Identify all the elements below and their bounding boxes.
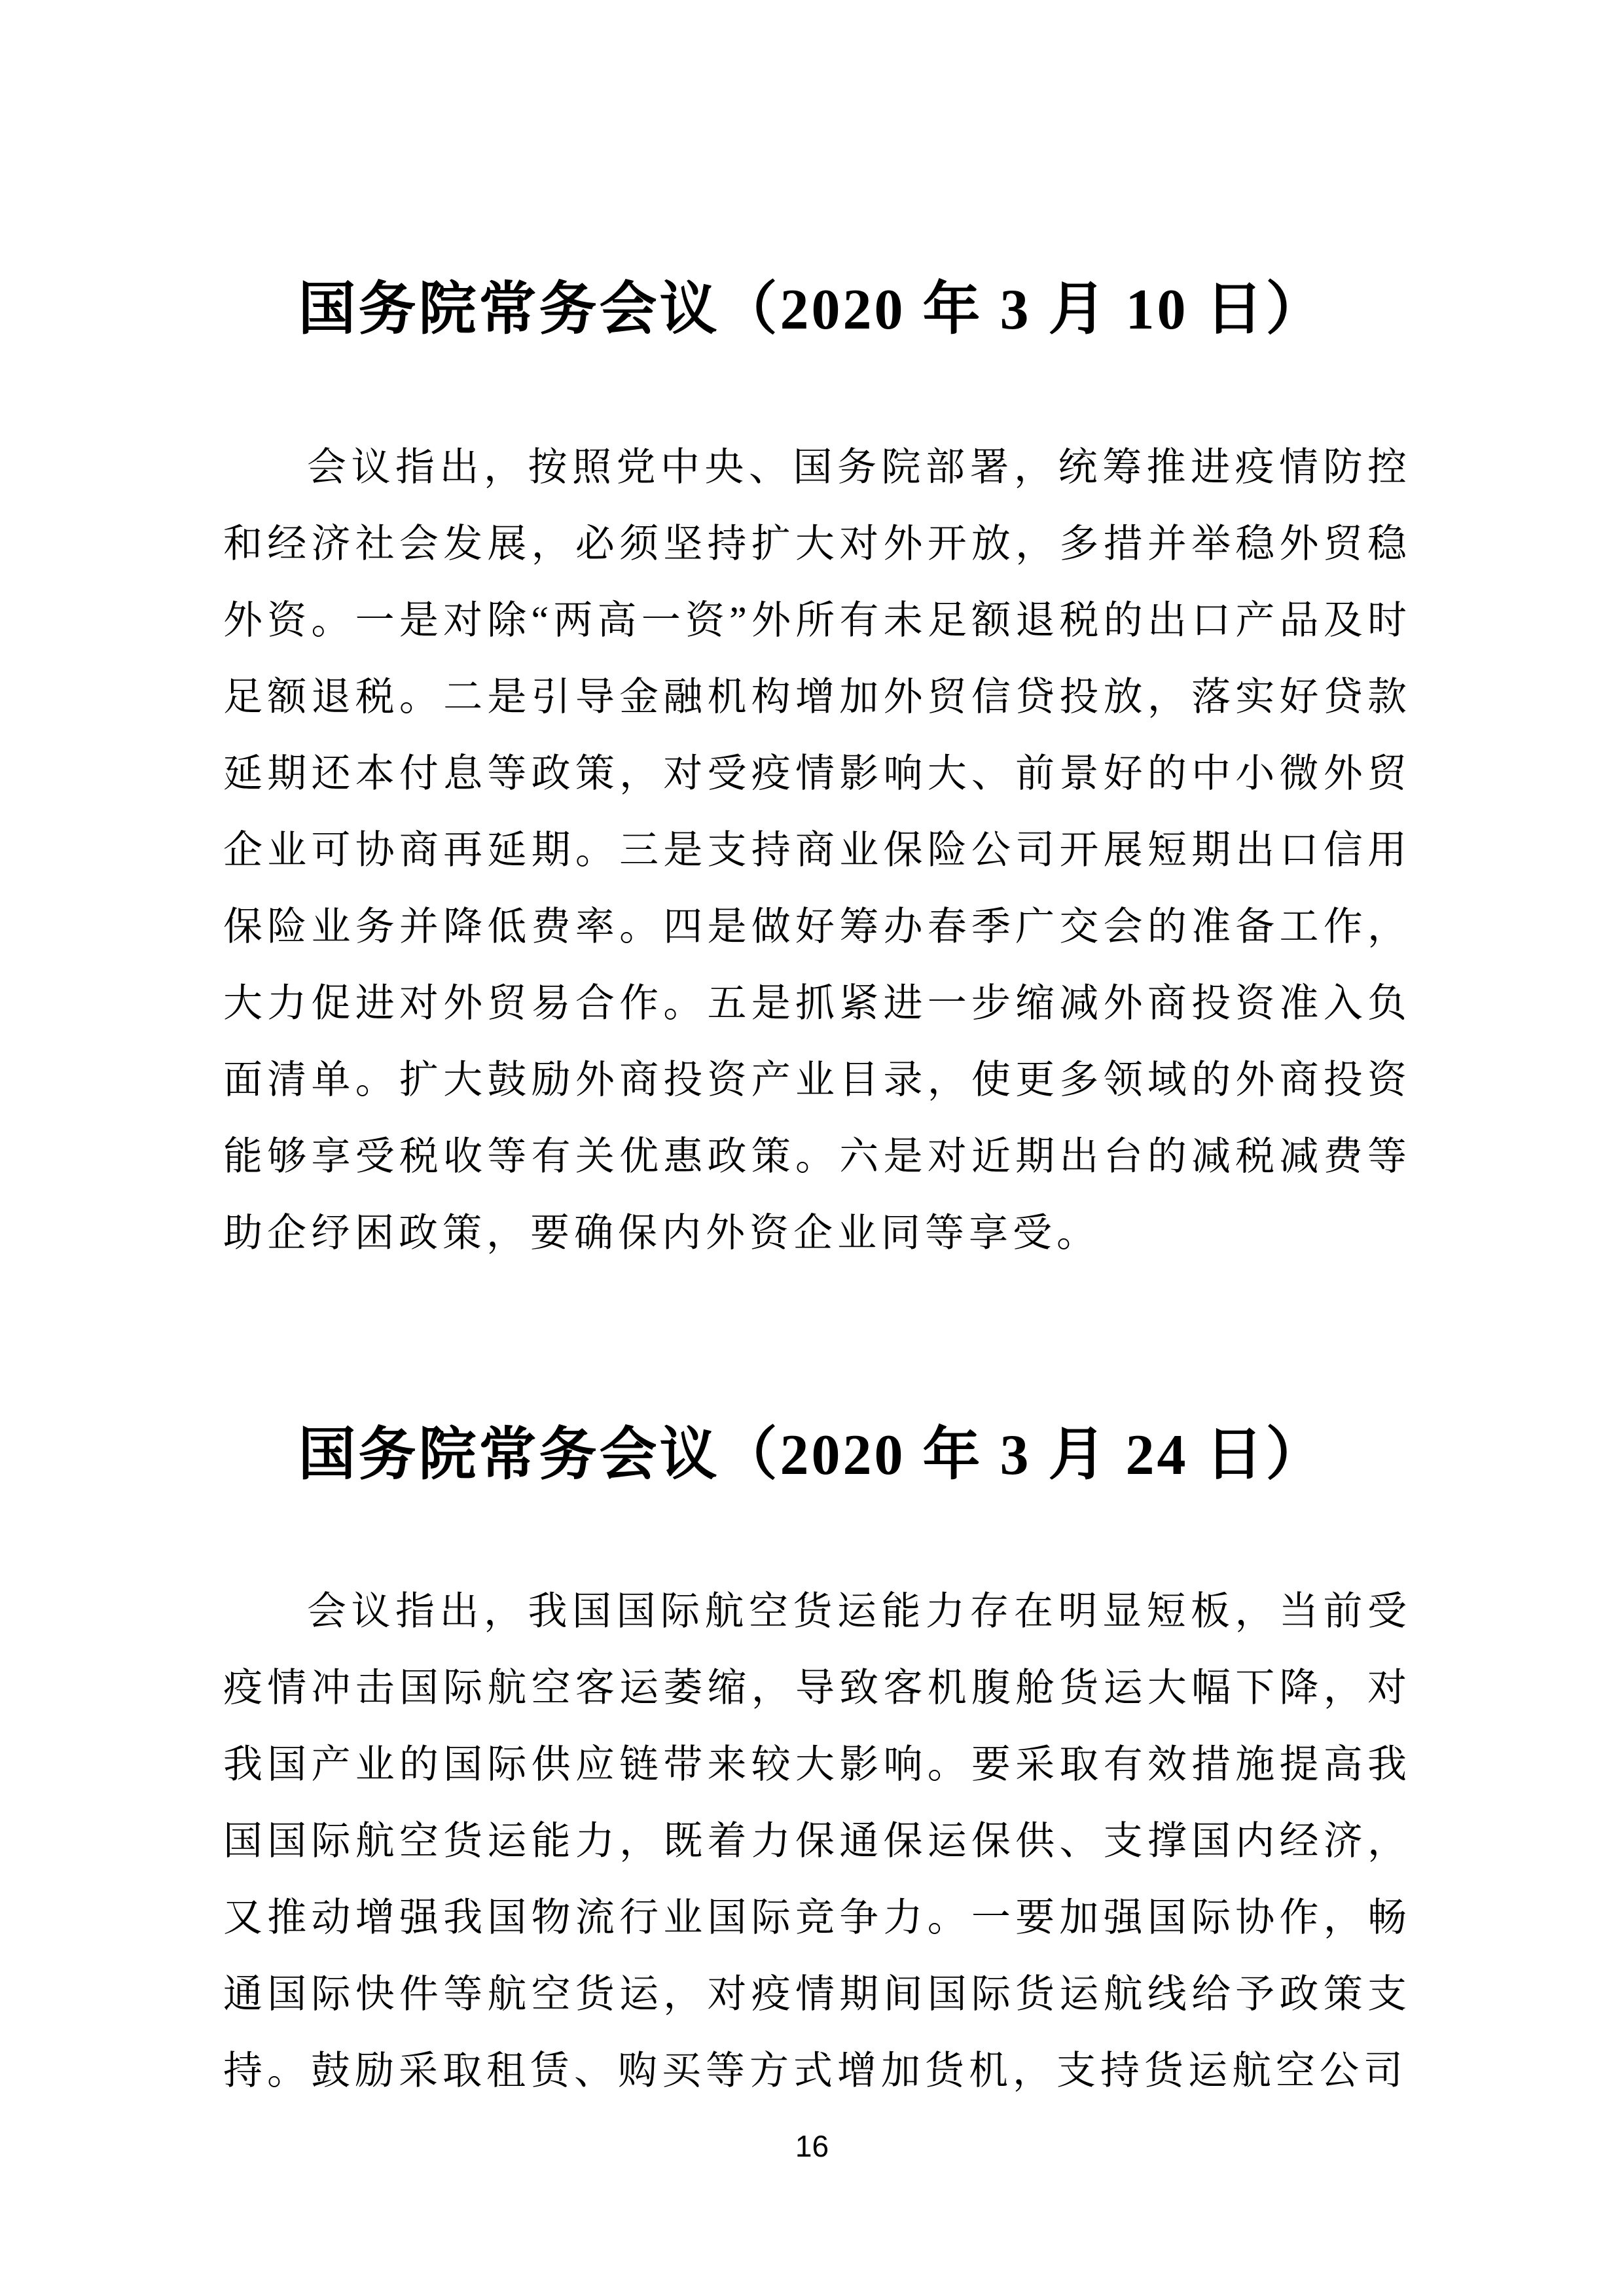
page-number: 16 bbox=[0, 2131, 1624, 2161]
section-heading: 国务院常务会议（2020 年 3 月 24 日） bbox=[0, 1427, 1624, 1484]
section-heading: 国务院常务会议（2020 年 3 月 10 日） bbox=[0, 281, 1624, 339]
section-paragraph: 会议指出，按照党中央、国务院部署，统筹推进疫情防控和经济社会发展，必须坚持扩大对… bbox=[223, 429, 1411, 1272]
section-paragraph: 会议指出，我国国际航空货运能力存在明显短板，当前受疫情冲击国际航空客运萎缩，导致… bbox=[223, 1573, 1411, 2109]
document-page: 国务院常务会议（2020 年 3 月 10 日） 会议指出，按照党中央、国务院部… bbox=[0, 0, 1624, 2296]
